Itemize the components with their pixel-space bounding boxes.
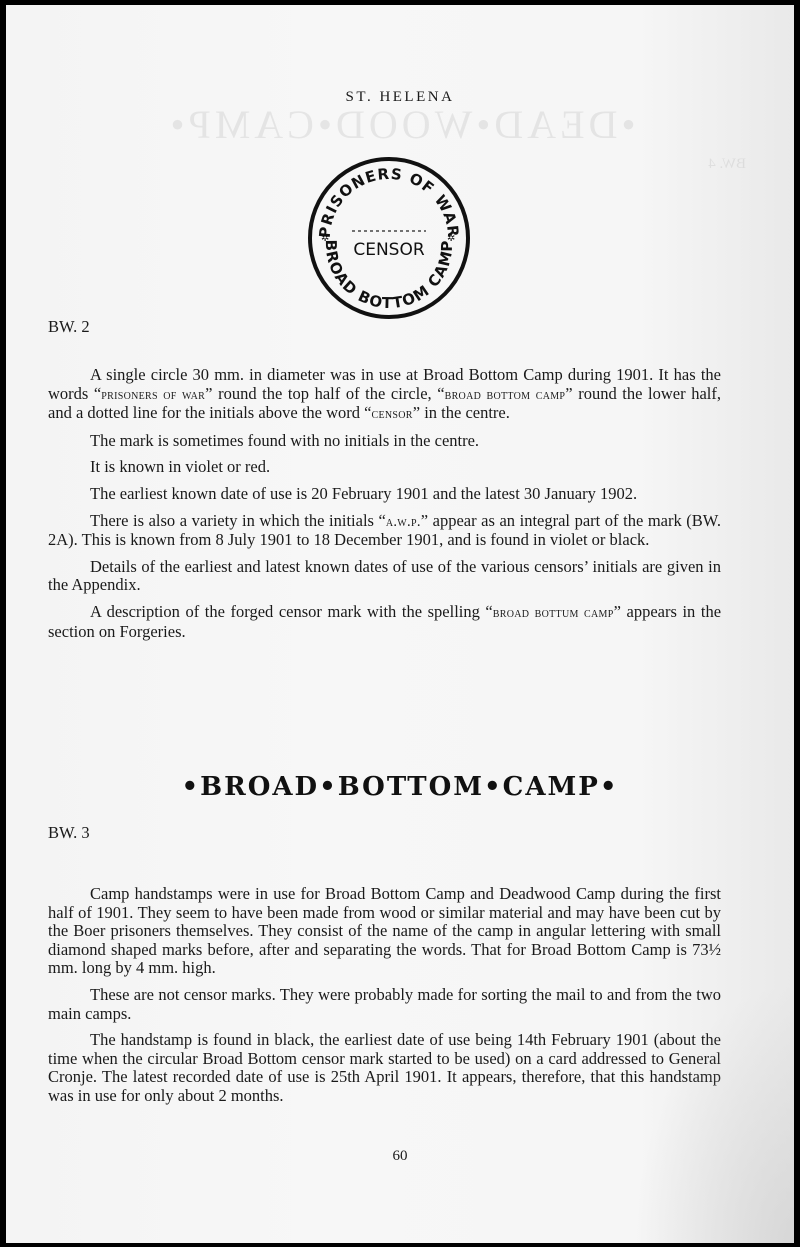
paragraph: The earliest known date of use is 20 Feb… bbox=[48, 485, 721, 504]
paragraph: These are not censor marks. They were pr… bbox=[48, 986, 721, 1023]
paragraph: The mark is sometimes found with no init… bbox=[48, 432, 721, 451]
paragraph: There is also a variety in which the ini… bbox=[48, 512, 721, 550]
svg-text:✲: ✲ bbox=[321, 233, 329, 244]
svg-text:✲: ✲ bbox=[447, 233, 455, 244]
stamp-centre-text: CENSOR bbox=[353, 240, 425, 260]
paragraph: Details of the earliest and latest known… bbox=[48, 558, 721, 595]
paragraph: It is known in violet or red. bbox=[48, 458, 721, 477]
paragraph: Camp handstamps were in use for Broad Bo… bbox=[48, 885, 721, 978]
section-bw2-body: A single circle 30 mm. in diameter was i… bbox=[48, 366, 721, 649]
paragraph: A single circle 30 mm. in diameter was i… bbox=[48, 366, 721, 424]
figure-label-bw2: BW. 2 bbox=[48, 317, 90, 337]
broad-bottom-camp-handstamp-image: •BROAD•BOTTOM•CAMP• bbox=[6, 772, 794, 802]
section-bw3-body: Camp handstamps were in use for Broad Bo… bbox=[48, 885, 721, 1114]
figure-label-bw3: BW. 3 bbox=[48, 823, 90, 843]
censor-stamp-image: PRISONERS OF WAR BROAD BOTTOM CAMP CENSO… bbox=[304, 153, 474, 323]
paragraph: A description of the forged censor mark … bbox=[48, 603, 721, 641]
book-page: •DEAD•WOOD•CAMP• BW. 4 ST. HELENA PRISON… bbox=[6, 5, 794, 1243]
page-number: 60 bbox=[6, 1148, 794, 1165]
paragraph: The handstamp is found in black, the ear… bbox=[48, 1031, 721, 1105]
running-head: ST. HELENA bbox=[6, 89, 794, 106]
